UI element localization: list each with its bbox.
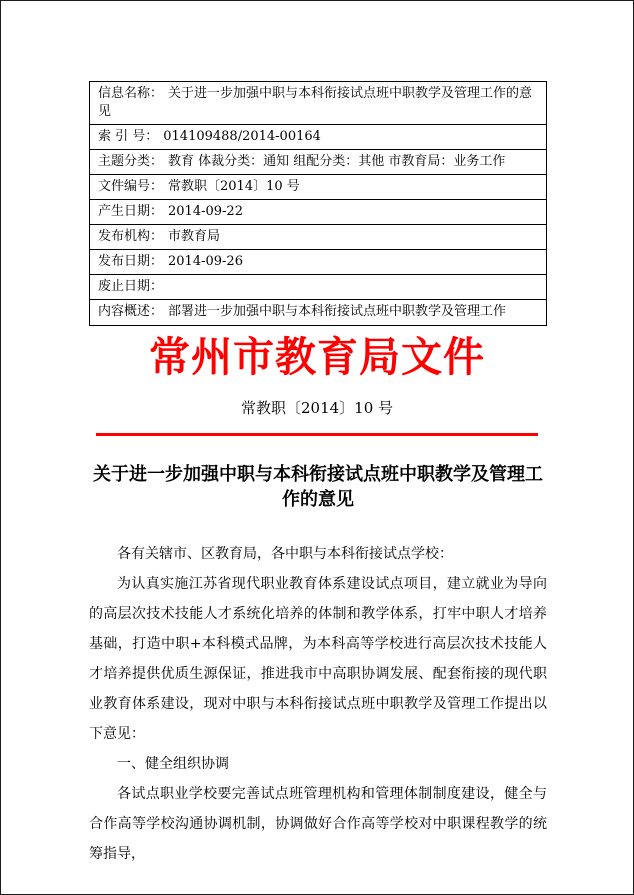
- paragraph-section-body: 各试点职业学校要完善试点班管理机构和管理体制制度建设，健全与合作高等学校沟通协调…: [89, 779, 547, 869]
- table-row-index-number: 索 引 号：014109488/2014-00164: [90, 125, 546, 150]
- field-value: 常教职〔2014〕10 号: [168, 179, 300, 194]
- field-label: 内容概述：: [98, 304, 163, 319]
- field-value: 部署进一步加强中职与本科衔接试点班中职教学及管理工作: [168, 304, 506, 319]
- agency-letterhead-title: 常州市教育局文件: [1, 333, 633, 382]
- document-title: 关于进一步加强中职与本科衔接试点班中职教学及管理工作的意见: [89, 462, 547, 512]
- field-value: 市教育局: [168, 229, 220, 244]
- salutation: 各有关辖市、区教育局，各中职与本科衔接试点学校：: [89, 539, 547, 569]
- field-value: 014109488/2014-00164: [163, 129, 321, 144]
- field-label: 主题分类：: [98, 154, 163, 169]
- field-label: 发布机构：: [98, 229, 163, 244]
- table-row-publish-date: 发布日期：2014-09-26: [90, 250, 546, 275]
- field-label: 产生日期：: [98, 204, 163, 219]
- table-row-create-date: 产生日期：2014-09-22: [90, 200, 546, 225]
- table-row-doc-number: 文件编号：常教职〔2014〕10 号: [90, 175, 546, 200]
- table-row-topic-class: 主题分类：教育 体裁分类：通知 组配分类：其他 市教育局：业务工作: [90, 150, 546, 175]
- field-label: 发布日期：: [98, 254, 163, 269]
- field-value: 教育 体裁分类：通知 组配分类：其他 市教育局：业务工作: [168, 154, 505, 169]
- field-label: 废止日期：: [98, 279, 163, 294]
- field-label: 信息名称：: [98, 86, 163, 101]
- field-value: 2014-09-26: [168, 254, 243, 269]
- document-body: 各有关辖市、区教育局，各中职与本科衔接试点学校： 为认真实施江苏省现代职业教育体…: [89, 539, 547, 869]
- table-row-publisher: 发布机构：市教育局: [90, 225, 546, 250]
- document-page: 信息名称：关于进一步加强中职与本科衔接试点班中职教学及管理工作的意见 索 引 号…: [0, 0, 634, 895]
- field-value: 2014-09-22: [168, 204, 243, 219]
- field-value: 关于进一步加强中职与本科衔接试点班中职教学及管理工作的意见: [98, 86, 532, 119]
- red-separator-rule: [96, 433, 538, 436]
- meta-table: 信息名称：关于进一步加强中职与本科衔接试点班中职教学及管理工作的意见 索 引 号…: [89, 81, 547, 326]
- field-label: 文件编号：: [98, 179, 163, 194]
- paragraph-section-heading: 一、健全组织协调: [89, 749, 547, 779]
- table-row-info-name: 信息名称：关于进一步加强中职与本科衔接试点班中职教学及管理工作的意见: [90, 82, 546, 125]
- field-label: 索 引 号：: [98, 129, 158, 144]
- table-row-summary: 内容概述：部署进一步加强中职与本科衔接试点班中职教学及管理工作: [90, 300, 546, 325]
- table-row-repeal-date: 废止日期：: [90, 275, 546, 300]
- paragraph-intro: 为认真实施江苏省现代职业教育体系建设试点项目，建立就业为导向的高层次技术技能人才…: [89, 569, 547, 749]
- doc-number: 常教职〔2014〕10 号: [1, 398, 633, 418]
